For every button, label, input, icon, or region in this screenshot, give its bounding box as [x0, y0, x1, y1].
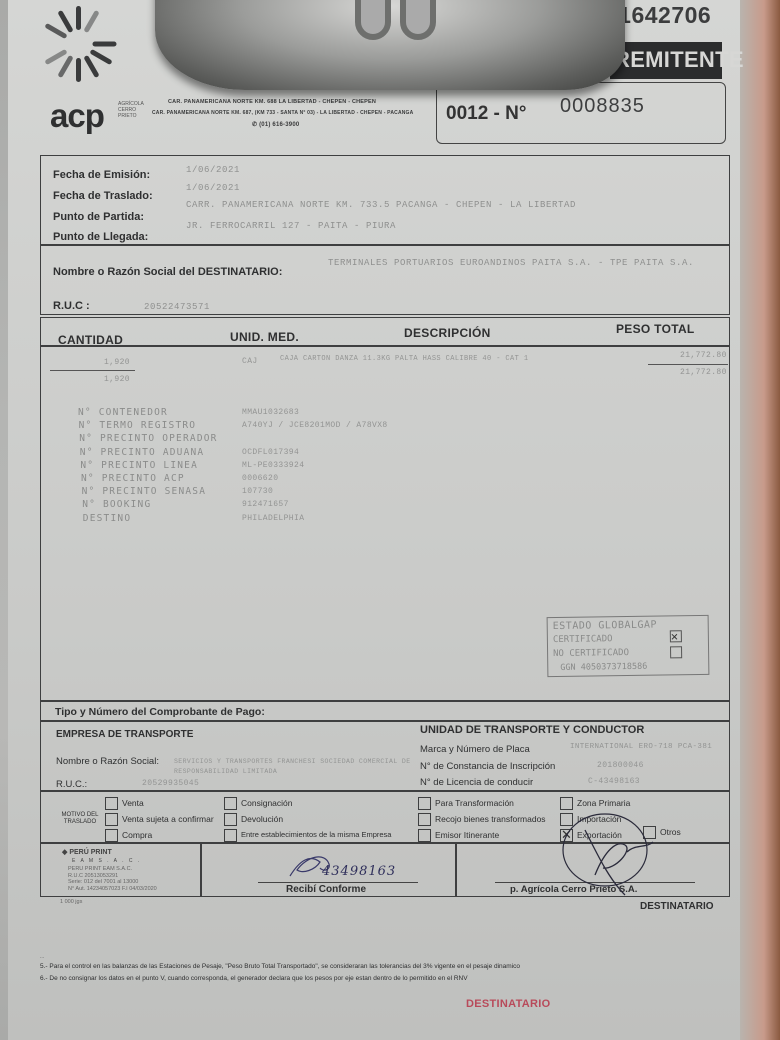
detail-label: N° BOOKING [82, 499, 151, 510]
detail-label: N° PRECINTO OPERADOR [79, 433, 217, 444]
plate-label: Marca y Número de Placa [420, 744, 530, 755]
checkbox-devolución[interactable] [224, 813, 237, 826]
recipient-name-value: TERMINALES PORTUARIOS EUROANDINOS PAITA … [328, 258, 694, 268]
recipient-ruc-label: R.U.C : [53, 300, 90, 312]
printer-info: PERU PRINT EAM S.A.C. R.U.C 20513053291 … [68, 866, 157, 892]
detail-label: N° PRECINTO ACP [81, 473, 185, 484]
carrier-name-value-2: RESPONSABILIDAD LIMITADA [174, 768, 277, 775]
detail-value: ML-PE0333924 [242, 461, 304, 470]
license-value: C-43498163 [588, 777, 640, 786]
received-handwritten-number: 43498163 [322, 864, 396, 879]
signature-divider-2 [455, 843, 457, 897]
checkbox-label: Devolución [241, 814, 283, 824]
vehicle-title: UNIDAD DE TRANSPORTE Y CONDUCTOR [420, 724, 644, 736]
clipboard-clip [155, 0, 625, 90]
stamp-certified-label: CERTIFICADO [553, 634, 613, 645]
detail-label: DESTINO [83, 513, 131, 524]
row-description: CAJA CARTON DANZA 11.3KG PALTA HASS CALI… [280, 355, 528, 363]
background-edge [740, 0, 780, 1040]
recipient-ruc-value: 20522473571 [144, 302, 210, 312]
globalgap-stamp: ESTADO GLOBALGAP CERTIFICADO ✕ NO CERTIF… [547, 615, 710, 677]
checkbox-label: Recojo bienes transformados [435, 814, 546, 824]
checkbox-venta-sujeta-a-confirmar[interactable] [105, 813, 118, 826]
checkbox-label: Consignación [241, 798, 293, 808]
received-label: Recibí Conforme [286, 884, 366, 895]
table-header-divider [40, 345, 730, 347]
address-line-1: CAR. PANAMERICANA NORTE KM. 688 LA LIBER… [168, 99, 376, 105]
printer-footnote: 1 000 jgs [60, 899, 82, 906]
row-unit: CAJ [242, 357, 258, 366]
stamp-title: ESTADO GLOBALGAP [553, 620, 657, 632]
acp-logo-subtitle: AGRÍCOLA CERRO PRIETO [118, 101, 144, 119]
checkbox-venta[interactable] [105, 797, 118, 810]
column-header-total-weight: PESO TOTAL [616, 322, 695, 336]
arrival-point-label: Punto de Llegada: [53, 231, 148, 243]
carrier-title: EMPRESA DE TRANSPORTE [56, 729, 193, 740]
signature-divider-1 [200, 843, 202, 897]
detail-label: N° TERMO REGISTRO [79, 420, 197, 431]
payment-label: Tipo y Número del Comprobante de Pago: [55, 706, 265, 718]
registration-label: N° de Constancia de Inscripción [420, 761, 555, 772]
checkbox-label: Compra [122, 830, 152, 840]
detail-value: 0006620 [242, 474, 278, 483]
carrier-name-label: Nombre o Razón Social: [56, 756, 159, 767]
checkbox-recojo-bienes-transformados[interactable] [418, 813, 431, 826]
checkbox-entre-establecimientos-de-la-misma-empresa[interactable] [224, 829, 237, 842]
registration-value: 201800046 [597, 761, 644, 770]
stamp-not-certified-checkbox [670, 646, 682, 658]
departure-point-label: Punto de Partida: [53, 211, 144, 223]
arrival-point-value: JR. FERROCARRIL 127 - PAITA - PIURA [186, 221, 396, 231]
detail-value: PHILADELPHIA [242, 514, 304, 523]
checkbox-label: Venta sujeta a confirmar [122, 814, 214, 824]
stamp-not-certified-label: NO CERTIFICADO [553, 648, 629, 659]
detail-label: N° CONTENEDOR [78, 407, 168, 418]
column-header-quantity: CANTIDAD [58, 333, 123, 347]
back-note-6: 6.- De no consignar los datos en el punt… [40, 975, 468, 982]
checkbox-compra[interactable] [105, 829, 118, 842]
checkbox-label: Entre establecimientos de la misma Empre… [241, 830, 391, 839]
document-number: 0008835 [560, 95, 645, 118]
printer-brand-sub: E A M S . A . C . [72, 858, 141, 865]
quantity-total-line [50, 370, 135, 371]
carrier-ruc-value: 20529935045 [142, 779, 199, 788]
transfer-reason-label: MOTIVO DEL TRASLADO [58, 812, 102, 826]
back-note-5: 5.- Para el control en las balanzas de l… [40, 963, 520, 970]
detail-value: A740YJ / JCE8201MOD / A78VX8 [242, 421, 388, 430]
checkbox-label: Para Transformación [435, 798, 514, 808]
checkbox-label: Emisor Itinerante [435, 830, 499, 840]
detail-label: N° PRECINTO SENASA [82, 486, 207, 497]
detail-value: OCDFL017394 [242, 448, 299, 457]
total-quantity: 1,920 [104, 375, 130, 384]
checkbox-para-transformación[interactable] [418, 797, 431, 810]
address-line-2: CAR. PANAMERICANA NORTE KM. 687, (KM 733… [152, 110, 413, 116]
row-quantity: 1,920 [104, 358, 130, 367]
back-note-partial: ... [40, 954, 44, 960]
phone: ✆ (01) 616-3900 [252, 121, 299, 128]
series-label: 0012 - N° [446, 103, 526, 125]
column-header-unit: UNID. MED. [230, 330, 299, 344]
checkbox-label: Venta [122, 798, 144, 808]
detail-value: 912471657 [242, 500, 289, 509]
checkbox-emisor-itinerante[interactable] [418, 829, 431, 842]
detail-label: N° PRECINTO ADUANA [80, 447, 205, 458]
back-copy-label: DESTINATARIO [466, 998, 550, 1010]
sender-signature-stamp [555, 800, 675, 900]
stamp-ggn: GGN 4050373718586 [560, 662, 647, 673]
received-signature-line [258, 882, 418, 883]
recipient-name-label: Nombre o Razón Social del DESTINATARIO: [53, 266, 282, 278]
copy-footer-label: DESTINATARIO [640, 901, 714, 912]
checkbox-consignación[interactable] [224, 797, 237, 810]
detail-label: N° PRECINTO LINEA [80, 460, 198, 471]
stamp-certified-checkbox: ✕ [670, 630, 682, 642]
issue-date-value: 1/06/2021 [186, 165, 240, 175]
total-weight: 21,772.80 [680, 368, 727, 377]
transfer-date-value: 1/06/2021 [186, 183, 240, 193]
license-label: N° de Licencia de conducir [420, 777, 533, 788]
detail-value: 107730 [242, 487, 273, 496]
copy-label-remitente: REMITENTE [610, 42, 722, 79]
carrier-ruc-label: R.U.C.: [56, 779, 87, 790]
departure-point-value: CARR. PANAMERICANA NORTE KM. 733.5 PACAN… [186, 200, 576, 210]
issue-date-label: Fecha de Emisión: [53, 169, 150, 181]
transfer-date-label: Fecha de Traslado: [53, 190, 153, 202]
column-header-description: DESCRIPCIÓN [404, 326, 491, 340]
row-weight: 21,772.80 [680, 351, 727, 360]
printer-brand: ◆ PERÚ PRINT [62, 850, 112, 857]
carrier-name-value-1: SERVICIOS Y TRANSPORTES FRANCHESI SOCIED… [174, 758, 411, 765]
weight-total-line [648, 364, 728, 365]
plate-value: INTERNATIONAL ERO-718 PCA-381 [570, 743, 712, 751]
detail-value: MMAU1032683 [242, 408, 299, 417]
acp-sun-logo-icon [38, 4, 118, 84]
acp-logo-text: acp [50, 97, 104, 135]
